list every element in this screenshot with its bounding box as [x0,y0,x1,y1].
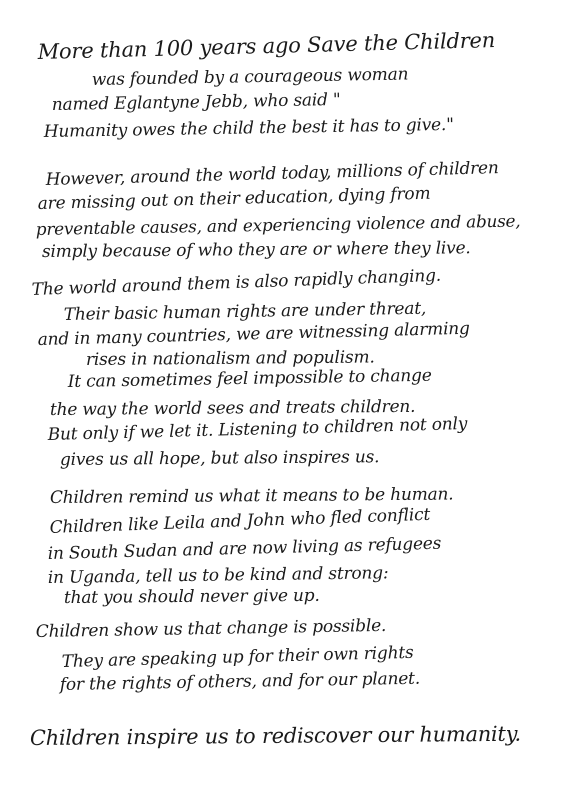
letter-line: simply because of who they are or where … [42,238,471,262]
letter-line: Children show us that change is possible… [36,616,387,642]
letter-line: Children inspire us to rediscover our hu… [30,722,521,750]
letter-line: Humanity owes the child the best it has … [44,115,454,142]
letter-line: Children remind us what it means to be h… [50,484,454,508]
letter-line: The world around them is also rapidly ch… [31,266,441,300]
letter-line: in South Sudan and are now living as ref… [47,534,441,564]
letter-line: was founded by a courageous woman [92,64,409,90]
letter-line: that you should never give up. [64,586,320,608]
letter-line: named Eglantyne Jebb, who said " [52,90,341,115]
letter-line: Children like Leila and John who fled co… [49,505,430,538]
letter-line: for the rights of others, and for our pl… [60,669,420,695]
letter-line: gives us all hope, but also inspires us. [60,447,380,470]
handwritten-letter-page: More than 100 years ago Save the Childre… [0,0,561,800]
letter-line: They are speaking up for their own right… [61,643,413,672]
letter-line: More than 100 years ago Save the Childre… [37,28,495,64]
letter-line: in Uganda, tell us to be kind and strong… [48,563,389,588]
letter-line: preventable causes, and experiencing vio… [36,211,521,239]
letter-line: However, around the world today, million… [45,158,498,190]
